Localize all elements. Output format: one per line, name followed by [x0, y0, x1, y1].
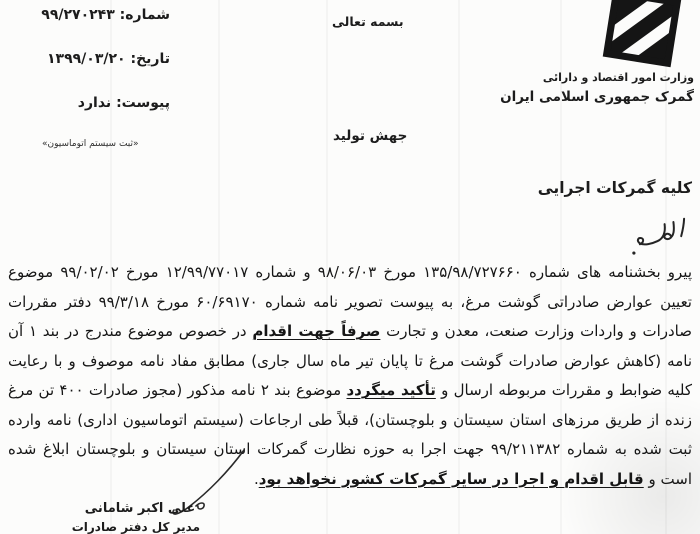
signer-name: علی اکبر شامانی — [80, 501, 200, 516]
year-slogan-text: جهش تولید — [333, 128, 407, 144]
letter-number-label: شماره: — [120, 7, 170, 23]
scanned-official-letter: شماره: ۹۹/۲۷۰۲۴۳ تاریخ: ۱۳۹۹/۰۳/۲۰ پیوست… — [0, 0, 700, 534]
handwritten-salutation: با سلام، — [622, 214, 694, 258]
letter-meta-block: شماره: ۹۹/۲۷۰۲۴۳ تاریخ: ۱۳۹۹/۰۳/۲۰ پیوست… — [12, 7, 170, 139]
letter-date-label: تاریخ: — [130, 51, 170, 67]
letter-date-value: ۱۳۹۹/۰۳/۲۰ — [47, 51, 126, 67]
letter-number: شماره: ۹۹/۲۷۰۲۴۳ — [12, 7, 170, 25]
signer-title: مدیر کل دفتر صادرات — [80, 520, 200, 534]
ministry-name: وزارت امور اقتصاد و دارائی — [543, 71, 694, 84]
letter-date: تاریخ: ۱۳۹۹/۰۳/۲۰ — [12, 51, 170, 69]
automation-registration-note: «ثبت سیستم اتوماسیون» — [42, 139, 139, 149]
iran-customs-emblem-icon — [598, 0, 686, 74]
signature-block: علی اکبر شامانی مدیر کل دفتر صادرات — [80, 501, 200, 534]
body-text-segment: قابل اقدام و اجرا در سایر گمرکات کشور نخ… — [259, 470, 644, 488]
letter-body-paragraph: پیرو بخشنامه های شماره ۱۳۵/۹۸/۷۲۷۶۶۰ مور… — [8, 258, 692, 494]
letter-attachment-label: پیوست: — [116, 95, 170, 111]
customs-org-name: گمرک جمهوری اسلامی ایران — [500, 89, 694, 105]
body-text-segment: صرفاً جهت اقدام — [252, 322, 380, 340]
recipient-line: کلیه گمرکات اجرایی — [538, 179, 692, 197]
letter-attachment-value: ندارد — [78, 95, 111, 111]
letter-number-value: ۹۹/۲۷۰۲۴۳ — [41, 7, 114, 23]
bismillah-text: بسمه تعالی — [332, 14, 404, 29]
body-text-segment: تأکید میگردد — [346, 381, 435, 399]
letter-attachment: پیوست: ندارد — [12, 95, 170, 113]
